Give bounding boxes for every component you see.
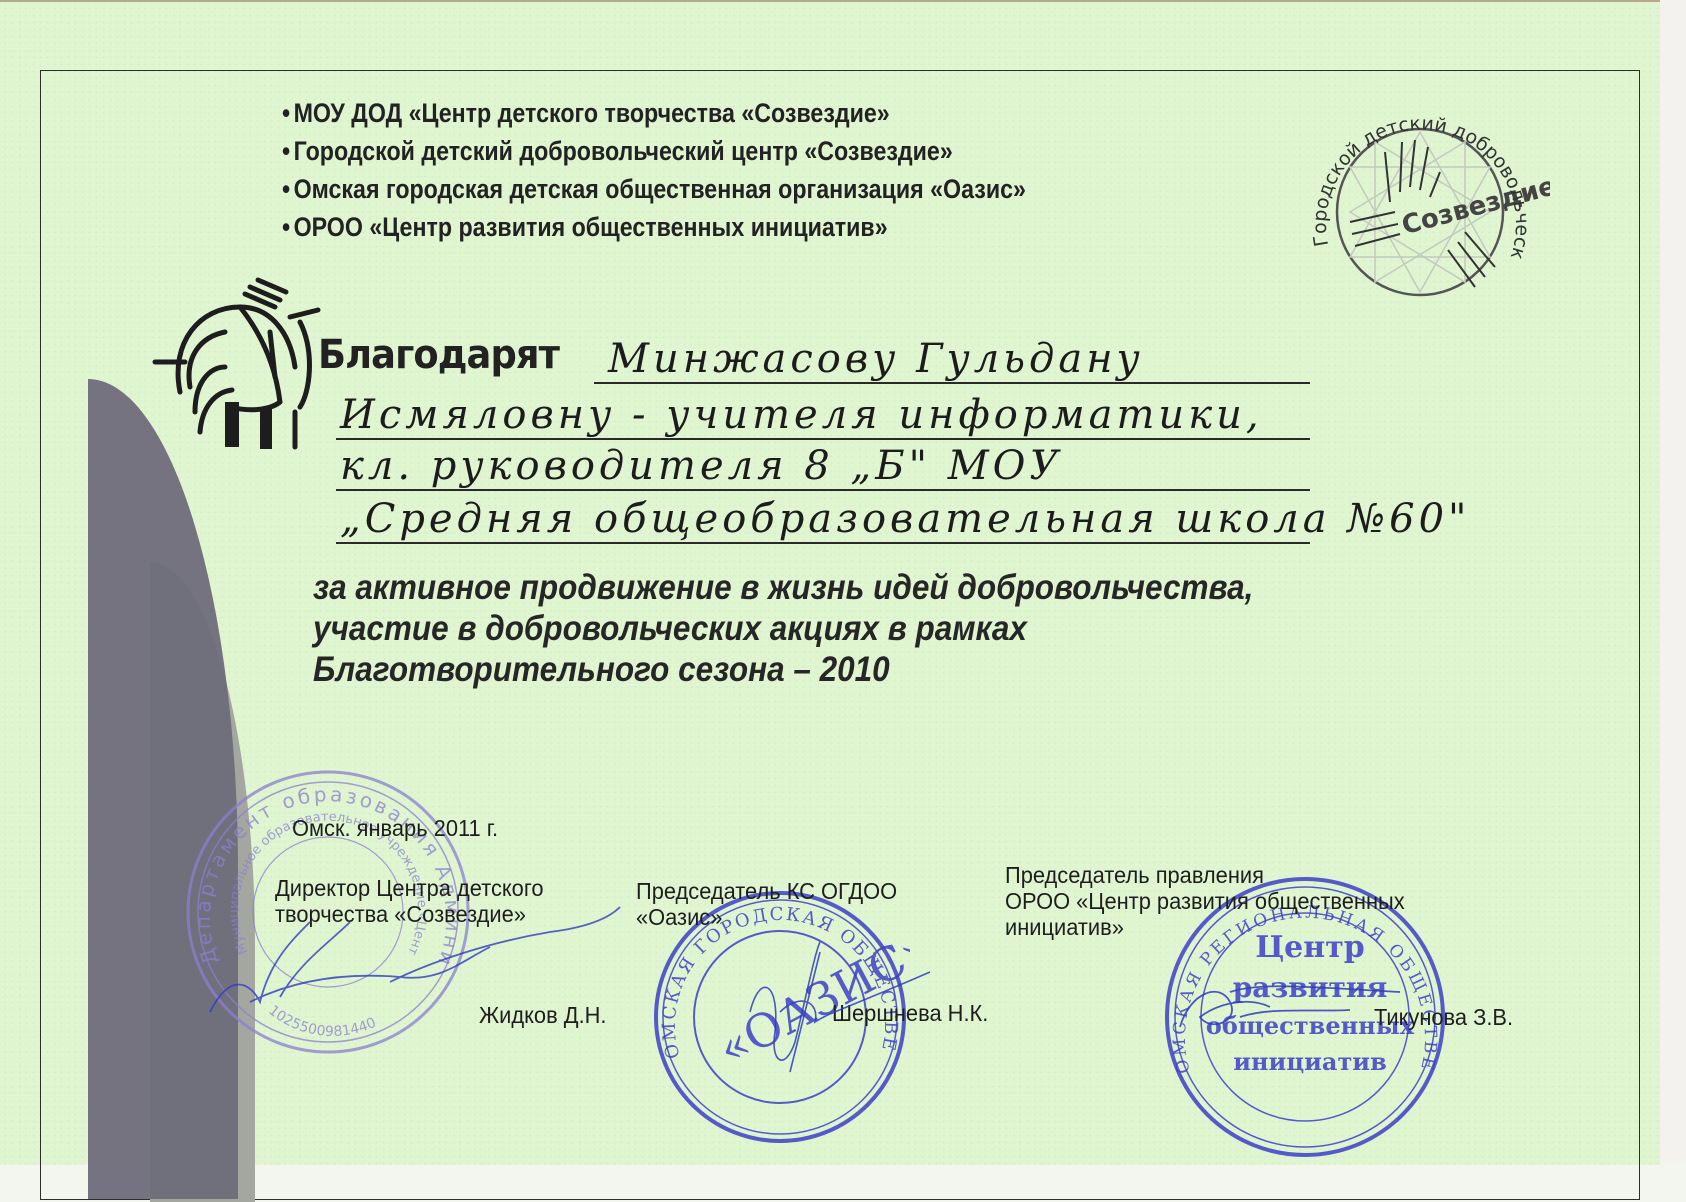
- organization-item: МОУ ДОД «Центр детского творчества «Созв…: [282, 94, 1026, 132]
- signatory-name: Шершнева Н.К.: [832, 1000, 988, 1026]
- signatory-title: Директор Центра детского творчества «Соз…: [275, 875, 543, 927]
- title-line: Председатель правления: [1005, 862, 1405, 888]
- volunteer-head-emblem-icon: [140, 262, 340, 452]
- recipient-text: „Средняя общеобразовательная школа №60": [340, 496, 1470, 542]
- title-line: ОРОО «Центр развития общественных: [1005, 888, 1405, 914]
- organization-item: Городской детский добровольческий центр …: [282, 132, 1026, 170]
- recipient-name-field: Минжасову Гульдану: [594, 338, 1310, 384]
- sozvezdie-emblem-icon: Созвездие Городской детский добровольчес…: [1290, 82, 1550, 342]
- recipient-line: Исмяловну - учителя информатики,: [336, 394, 1310, 440]
- scan-edge: [1660, 0, 1686, 1163]
- reason-line: Благотворительного сезона – 2010: [313, 649, 1253, 690]
- title-line: инициатив»: [1005, 914, 1405, 940]
- reason-line: за активное продвижение в жизнь идей доб…: [313, 567, 1253, 608]
- recipient-text: Исмяловну - учителя информатики,: [340, 392, 1263, 438]
- thanks-word: Благодарят: [318, 332, 559, 378]
- title-line: Директор Центра детского: [275, 875, 543, 901]
- recipient-line: „Средняя общеобразовательная школа №60": [336, 498, 1310, 544]
- thanks-heading: Благодарят: [318, 332, 580, 378]
- reason-line: участие в добровольческих акциях в рамка…: [313, 608, 1253, 649]
- award-reason: за активное продвижение в жизнь идей доб…: [313, 567, 1253, 690]
- recipient-text: кл. руководителя 8 „Б" МОУ: [340, 443, 1062, 489]
- signatory-name: Тикунова З.В.: [1374, 1004, 1513, 1030]
- title-line: Председатель КС ОГДОО: [636, 878, 897, 904]
- recipient-name: Минжасову Гульдану: [608, 336, 1144, 382]
- signatory-title: Председатель правления ОРОО «Центр разви…: [1005, 862, 1405, 940]
- organization-item: Омская городская детская общественная ор…: [282, 170, 1026, 208]
- signatory-title: Председатель КС ОГДОО «Оазис»: [636, 878, 897, 930]
- title-line: творчества «Созвездие»: [275, 901, 543, 927]
- organization-item: ОРОО «Центр развития общественных инициа…: [282, 208, 1026, 246]
- signatory-name: Жидков Д.Н.: [479, 1002, 606, 1028]
- certificate-paper: МОУ ДОД «Центр детского творчества «Созв…: [0, 0, 1660, 1163]
- place-date: Омск. январь 2011 г.: [292, 815, 498, 841]
- organizations-list: МОУ ДОД «Центр детского творчества «Созв…: [282, 94, 1026, 246]
- title-line: «Оазис»: [636, 904, 897, 930]
- recipient-line: кл. руководителя 8 „Б" МОУ: [336, 445, 1310, 491]
